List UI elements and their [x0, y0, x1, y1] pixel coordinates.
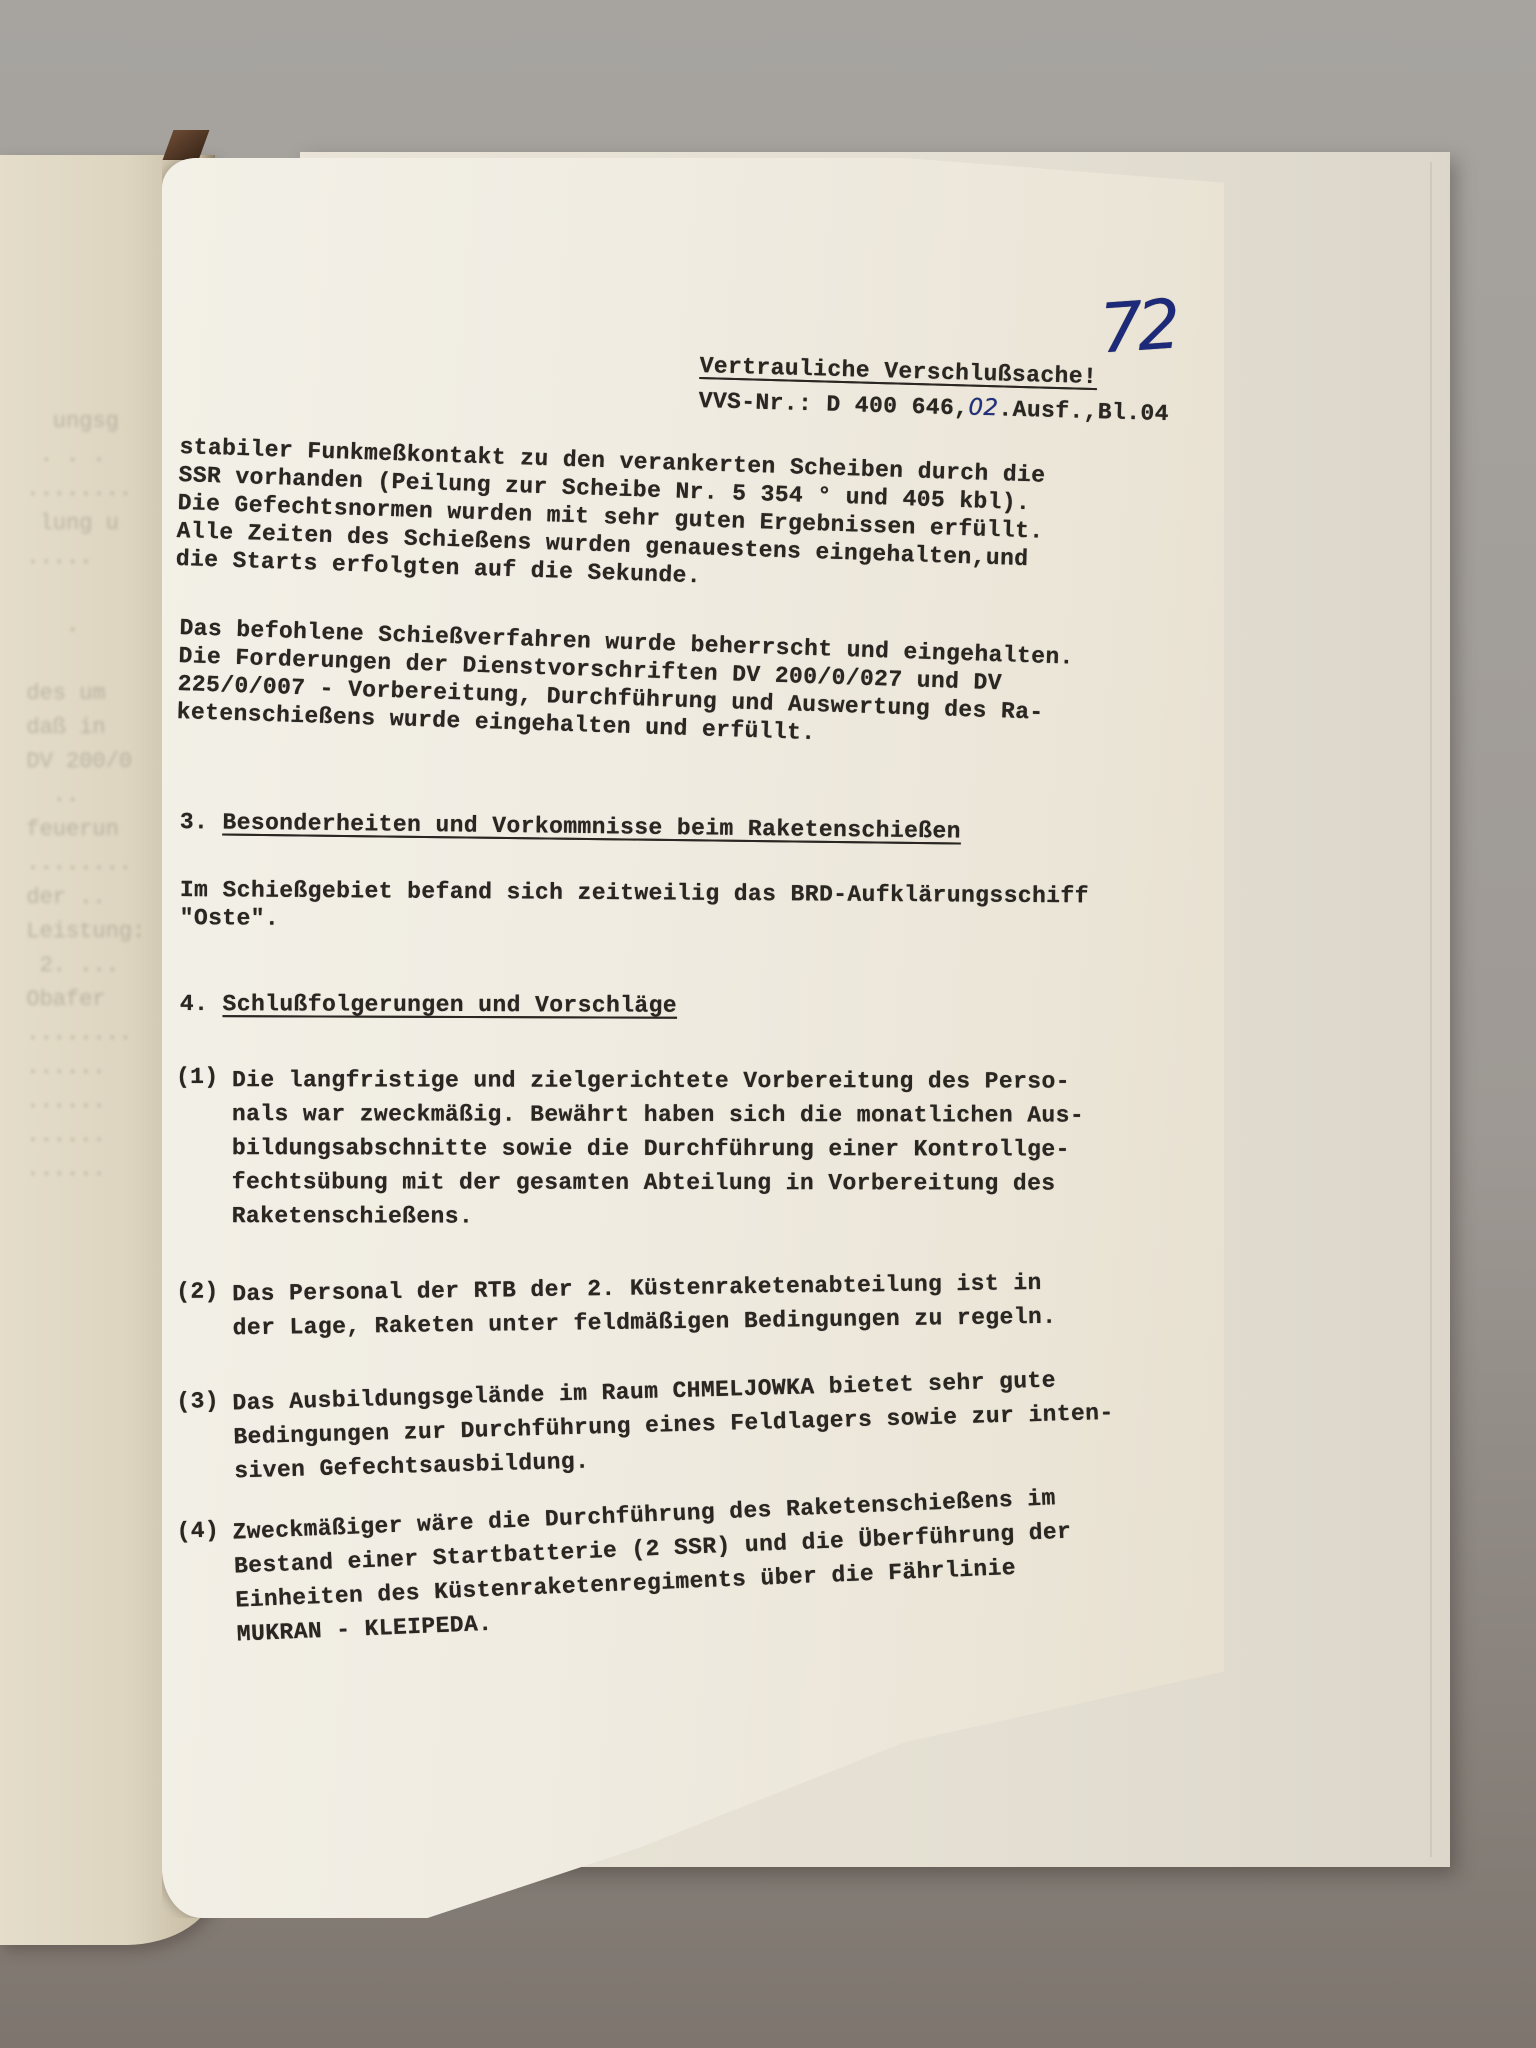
list-item: (1) Die langfristige und zielgerichtete … — [176, 1063, 1084, 1235]
item-number: (2) — [176, 1277, 233, 1346]
text-line: fechtsübung mit der gesamten Abteilung i… — [232, 1165, 1084, 1200]
section-3-heading: 3. Besonderheiten und Vorkommnisse beim … — [180, 808, 961, 846]
second-paragraph: Das befohlene Schießverfahren wurde behe… — [176, 614, 1074, 756]
section-number: 3. — [180, 809, 209, 835]
text-line: bildungsabschnitte sowie die Durchführun… — [232, 1131, 1084, 1166]
section-3-text: Im Schießgebiet befand sich zeitweilig d… — [180, 876, 1089, 938]
ref-suffix: .Ausf.,Bl.04 — [998, 396, 1169, 427]
ref-prefix: VVS-Nr.: D 400 646, — [698, 388, 968, 422]
text-line: nals war zweckmäßig. Bewährt haben sich … — [232, 1097, 1084, 1132]
classification-block: Vertrauliche Verschlußsache! VVS-Nr.: D … — [698, 353, 1170, 427]
section-title: Schlußfolgerungen und Vorschläge — [223, 991, 678, 1019]
list-item: (4) Zweckmäßiger wäre die Durchführung d… — [176, 1481, 1075, 1654]
classification-title: Vertrauliche Verschlußsache! — [699, 353, 1170, 392]
list-item: (2) Das Personal der RTB der 2. Küstenra… — [176, 1266, 1057, 1346]
item-number: (3) — [176, 1386, 235, 1490]
list-item: (3) Das Ausbildungsgelände im Raum CHMEL… — [176, 1362, 1115, 1490]
stack-edge — [1430, 162, 1432, 1857]
intro-paragraph: stabiler Funkmeßkontakt zu den verankert… — [175, 433, 1046, 602]
ref-copy-number: 02 — [968, 395, 999, 422]
section-title: Besonderheiten und Vorkommnisse beim Rak… — [222, 810, 961, 845]
text-line: Raketenschießens. — [232, 1199, 1084, 1234]
handwritten-page-number: 72 — [1097, 285, 1177, 369]
item-body: Das Personal der RTB der 2. Küstenrakete… — [232, 1266, 1057, 1345]
item-body: Die langfristige und zielgerichtete Vorb… — [232, 1063, 1084, 1234]
section-number: 4. — [180, 991, 208, 1017]
text-line: Die langfristige und zielgerichtete Vorb… — [232, 1063, 1084, 1098]
item-number: (4) — [176, 1516, 238, 1654]
item-body: Das Ausbildungsgelände im Raum CHMELJOWK… — [232, 1362, 1115, 1489]
bleed-through-text: ungsg . . . ........ lung u ..... . des … — [0, 405, 150, 1187]
section-4-heading: 4. Schlußfolgerungen und Vorschläge — [180, 990, 677, 1020]
document-sheet: 72 Vertrauliche Verschlußsache! VVS-Nr.:… — [162, 158, 1224, 1838]
classification-reference: VVS-Nr.: D 400 646,02.Ausf.,Bl.04 — [698, 387, 1169, 427]
item-number: (1) — [176, 1063, 232, 1233]
item-body: Zweckmäßiger wäre die Durchführung des R… — [232, 1481, 1075, 1652]
